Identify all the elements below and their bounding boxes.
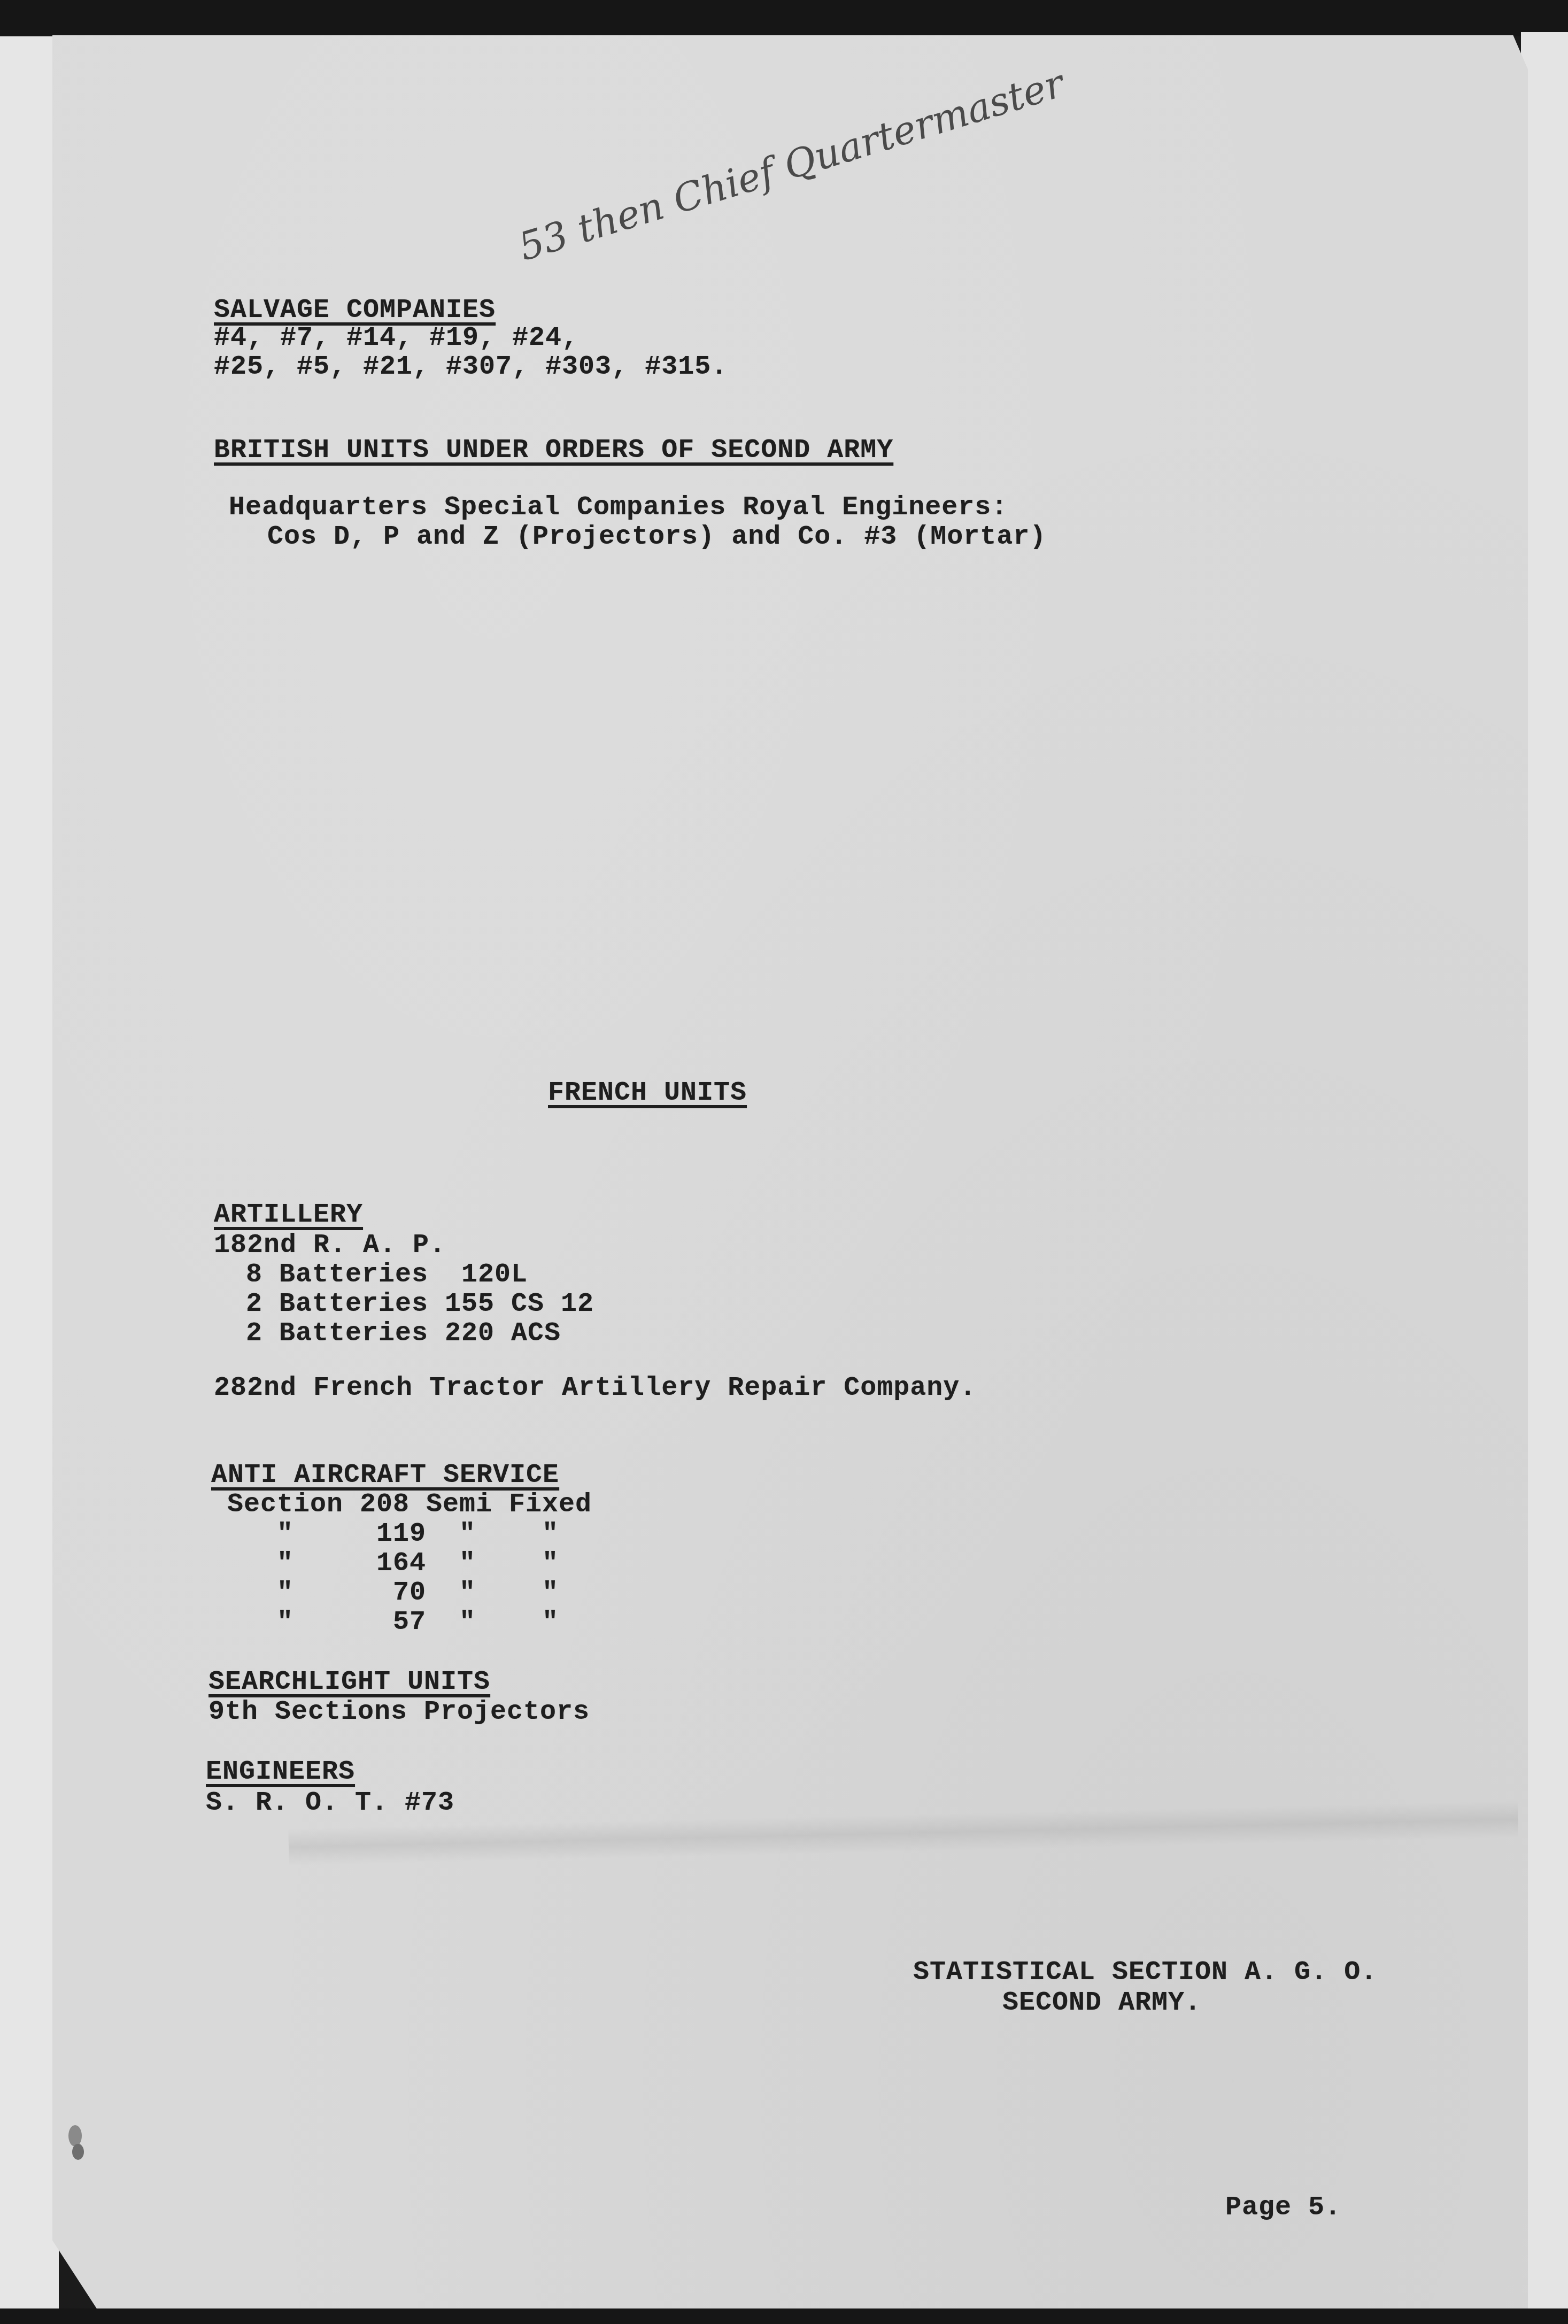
- scanner-border-top: [0, 0, 1568, 36]
- scanned-page: SALVAGE COMPANIES 53 then Chief Quarterm…: [0, 0, 1568, 2324]
- anti-aircraft-row: " 70 " ": [227, 1580, 559, 1607]
- backing-sheet-right: [1521, 32, 1568, 2308]
- anti-aircraft-row: Section 208 Semi Fixed: [227, 1492, 592, 1518]
- anti-aircraft-row: " 119 " ": [227, 1521, 559, 1548]
- ink-spot: [68, 2125, 82, 2147]
- battery-line: 2 Batteries 220 ACS: [246, 1321, 561, 1347]
- anti-aircraft-heading: ANTI AIRCRAFT SERVICE: [211, 1462, 559, 1489]
- searchlight-heading: SEARCHLIGHT UNITS: [208, 1669, 490, 1696]
- engineers-heading: ENGINEERS: [206, 1759, 355, 1786]
- artillery-heading: ARTILLERY: [214, 1202, 363, 1229]
- battery-line: 8 Batteries 120L: [246, 1262, 528, 1288]
- scanner-border-bottom: [0, 2308, 1568, 2324]
- british-heading: BRITISH UNITS UNDER ORDERS OF SECOND ARM…: [214, 437, 893, 464]
- signature-line-2: SECOND ARMY.: [1002, 1990, 1201, 2017]
- french-heading: FRENCH UNITS: [548, 1080, 747, 1107]
- anti-aircraft-row: " 57 " ": [227, 1609, 559, 1636]
- backing-sheet-left: [0, 36, 59, 2308]
- searchlight-line: 9th Sections Projectors: [208, 1699, 590, 1726]
- battery-line: 2 Batteries 155 CS 12: [246, 1291, 594, 1318]
- artillery-unit: 182nd R. A. P.: [214, 1232, 446, 1259]
- salvage-line-1: #4, #7, #14, #19, #24,: [214, 325, 578, 352]
- page-number: Page 5.: [1225, 2195, 1341, 2221]
- british-line-1: Headquarters Special Companies Royal Eng…: [229, 495, 1008, 521]
- artillery-repair: 282nd French Tractor Artillery Repair Co…: [214, 1375, 976, 1402]
- signature-line-1: STATISTICAL SECTION A. G. O.: [913, 1959, 1377, 1986]
- anti-aircraft-row: " 164 " ": [227, 1550, 559, 1577]
- salvage-line-2: #25, #5, #21, #307, #303, #315.: [214, 354, 728, 381]
- engineers-line: S. R. O. T. #73: [206, 1790, 454, 1817]
- british-line-2: Cos D, P and Z (Projectors) and Co. #3 (…: [267, 524, 1046, 551]
- ink-spot: [72, 2144, 84, 2160]
- salvage-heading: SALVAGE COMPANIES: [214, 297, 496, 324]
